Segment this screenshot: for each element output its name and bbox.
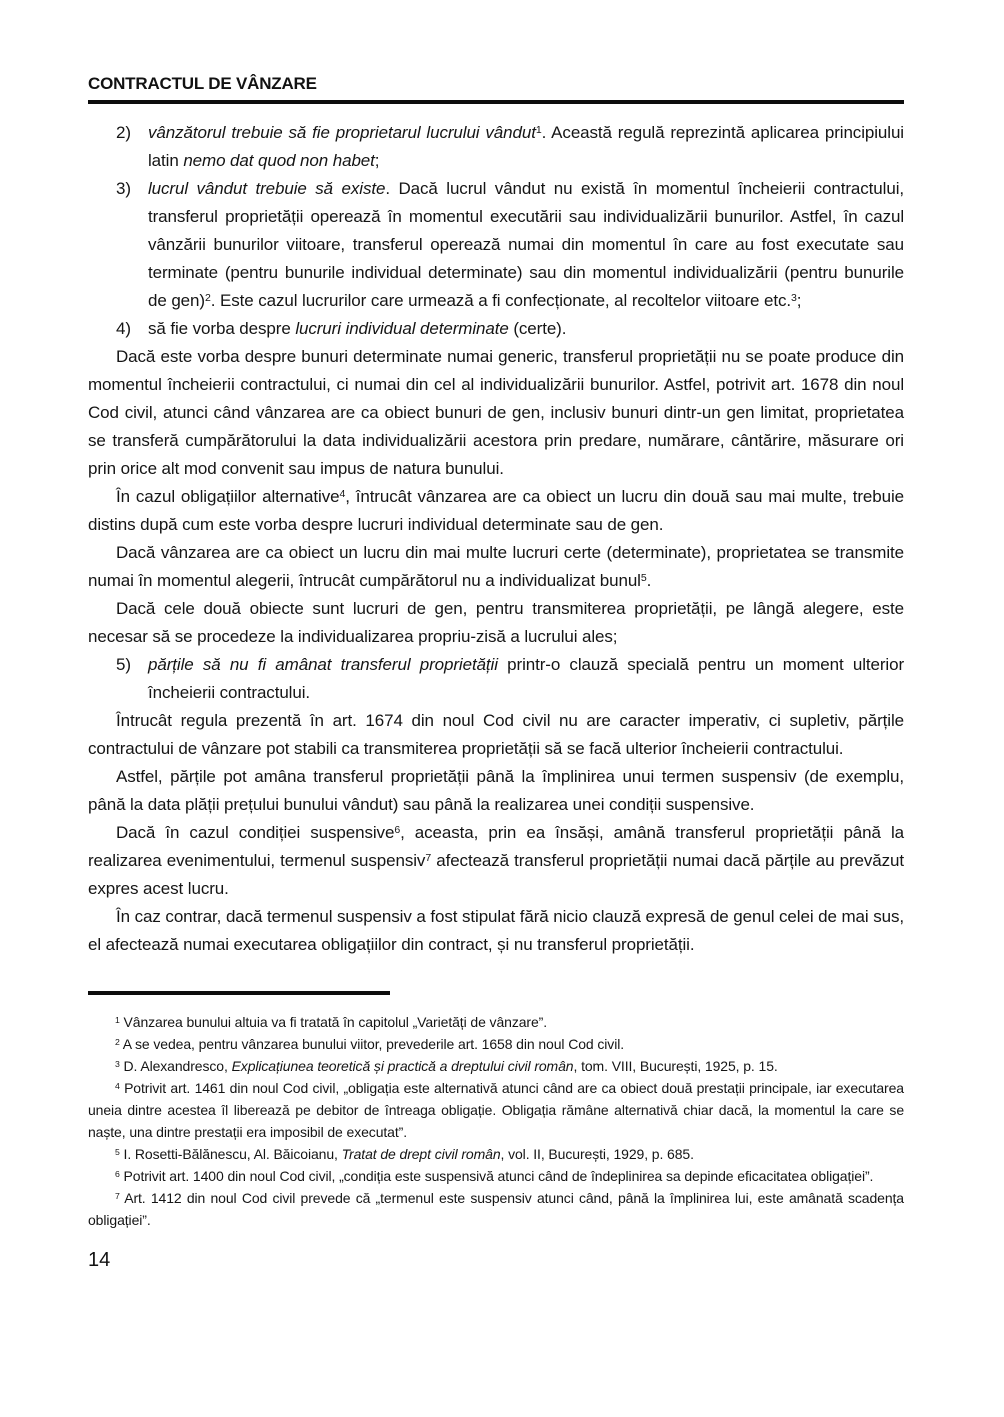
paragraph: Astfel, părțile pot amâna transferul pro… <box>88 763 904 819</box>
header-rule <box>88 100 904 104</box>
body-text: 2)vânzătorul trebuie să fie proprietarul… <box>88 119 904 959</box>
text-run: să fie vorba despre <box>148 319 295 338</box>
running-header-title: CONTRACTUL DE VÂNZARE <box>88 74 904 94</box>
footnote-ref: 2 <box>115 1037 120 1047</box>
paragraph: Dacă în cazul condiției suspensive6, ace… <box>88 819 904 903</box>
text-run: D. Alexandresco, <box>120 1058 232 1074</box>
text-run: Dacă în cazul condiției suspensive <box>116 823 394 842</box>
text-run: Astfel, părțile pot amâna transferul pro… <box>88 767 904 814</box>
text-run: Potrivit art. 1400 din noul Cod civil, „… <box>120 1168 874 1184</box>
text-run: Art. 1412 din noul Cod civil prevede că … <box>88 1190 904 1228</box>
italic-text: lucruri individual determinate <box>295 319 508 338</box>
footnote-ref: 1 <box>536 124 542 136</box>
footnote-ref: 1 <box>115 1015 120 1025</box>
footnotes: 1 Vânzarea bunului altuia va fi tratată … <box>88 1011 904 1231</box>
list-item: 2)vânzătorul trebuie să fie proprietarul… <box>88 119 904 175</box>
list-number: 5) <box>116 651 131 679</box>
list-item: 3)lucrul vândut trebuie să existe. Dacă … <box>88 175 904 315</box>
list-number: 4) <box>116 315 131 343</box>
italic-text: Explicațiunea teoretică și practică a dr… <box>232 1058 574 1074</box>
text-run: I. Rosetti-Bălănescu, Al. Băicoianu, <box>120 1146 342 1162</box>
list-item-text: vânzătorul trebuie să fie proprietarul l… <box>148 123 904 170</box>
footnote: 7 Art. 1412 din noul Cod civil prevede c… <box>88 1187 904 1231</box>
footnote-ref: 7 <box>425 852 431 864</box>
italic-text: nemo dat quod non habet <box>183 151 374 170</box>
text-run: , tom. VIII, București, 1925, p. 15. <box>574 1058 778 1074</box>
list-number: 3) <box>116 175 131 203</box>
list-item: 4)să fie vorba despre lucruri individual… <box>88 315 904 343</box>
text-run: A se vedea, pentru vânzarea bunului viit… <box>120 1036 624 1052</box>
text-run: . Este cazul lucrurilor care urmează a f… <box>211 291 791 310</box>
footnote-ref: 5 <box>115 1147 120 1157</box>
paragraph: Dacă vânzarea are ca obiect un lucru din… <box>88 539 904 595</box>
text-run: ; <box>797 291 802 310</box>
footnote-ref: 7 <box>115 1191 120 1201</box>
footnote: 6 Potrivit art. 1400 din noul Cod civil,… <box>88 1165 904 1187</box>
document-page: CONTRACTUL DE VÂNZARE 2)vânzătorul trebu… <box>0 0 1004 1417</box>
list-item-text: să fie vorba despre lucruri individual d… <box>148 319 566 338</box>
paragraph: În caz contrar, dacă termenul suspensiv … <box>88 903 904 959</box>
footnote-ref: 3 <box>791 292 797 304</box>
footnote-ref: 4 <box>339 488 345 500</box>
text-run: Dacă este vorba despre bunuri determinat… <box>88 347 904 478</box>
footnote-ref: 2 <box>205 292 211 304</box>
footnote-ref: 4 <box>115 1081 120 1091</box>
page-number: 14 <box>88 1249 904 1272</box>
list-number: 2) <box>116 119 131 147</box>
paragraph: Dacă cele două obiecte sunt lucruri de g… <box>88 595 904 651</box>
italic-text: lucrul vândut trebuie să existe <box>148 179 385 198</box>
text-run: Vânzarea bunului altuia va fi tratată în… <box>120 1014 547 1030</box>
footnote: 5 I. Rosetti-Bălănescu, Al. Băicoianu, T… <box>88 1143 904 1165</box>
text-run: În caz contrar, dacă termenul suspensiv … <box>88 907 904 954</box>
list-item-text: lucrul vândut trebuie să existe. Dacă lu… <box>148 179 904 310</box>
text-run: (certe). <box>509 319 567 338</box>
footnote-ref: 6 <box>115 1169 120 1179</box>
text-run: Întrucât regula prezentă în art. 1674 di… <box>88 711 904 758</box>
footnote: 4 Potrivit art. 1461 din noul Cod civil,… <box>88 1077 904 1143</box>
text-run: , vol. II, București, 1929, p. 685. <box>501 1146 694 1162</box>
text-run: Potrivit art. 1461 din noul Cod civil, „… <box>88 1080 904 1140</box>
footnote-separator <box>88 991 390 995</box>
paragraph: În cazul obligațiilor alternative4, într… <box>88 483 904 539</box>
text-run: Dacă vânzarea are ca obiect un lucru din… <box>88 543 904 590</box>
text-run: . <box>647 571 652 590</box>
footnote-ref: 3 <box>115 1059 120 1069</box>
footnote: 1 Vânzarea bunului altuia va fi tratată … <box>88 1011 904 1033</box>
text-run: Dacă cele două obiecte sunt lucruri de g… <box>88 599 904 646</box>
italic-text: vânzătorul trebuie să fie proprietarul l… <box>148 123 536 142</box>
paragraph: Întrucât regula prezentă în art. 1674 di… <box>88 707 904 763</box>
list-item-text: părțile să nu fi amânat transferul propr… <box>148 655 904 702</box>
footnote-ref: 6 <box>394 824 400 836</box>
text-run: ; <box>375 151 380 170</box>
italic-text: părțile să nu fi amânat transferul propr… <box>148 655 498 674</box>
footnote-ref: 5 <box>641 572 647 584</box>
footnote: 2 A se vedea, pentru vânzarea bunului vi… <box>88 1033 904 1055</box>
paragraph: Dacă este vorba despre bunuri determinat… <box>88 343 904 483</box>
italic-text: Tratat de drept civil român <box>342 1146 501 1162</box>
list-item: 5)părțile să nu fi amânat transferul pro… <box>88 651 904 707</box>
text-run: În cazul obligațiilor alternative <box>116 487 339 506</box>
footnote: 3 D. Alexandresco, Explicațiunea teoreti… <box>88 1055 904 1077</box>
